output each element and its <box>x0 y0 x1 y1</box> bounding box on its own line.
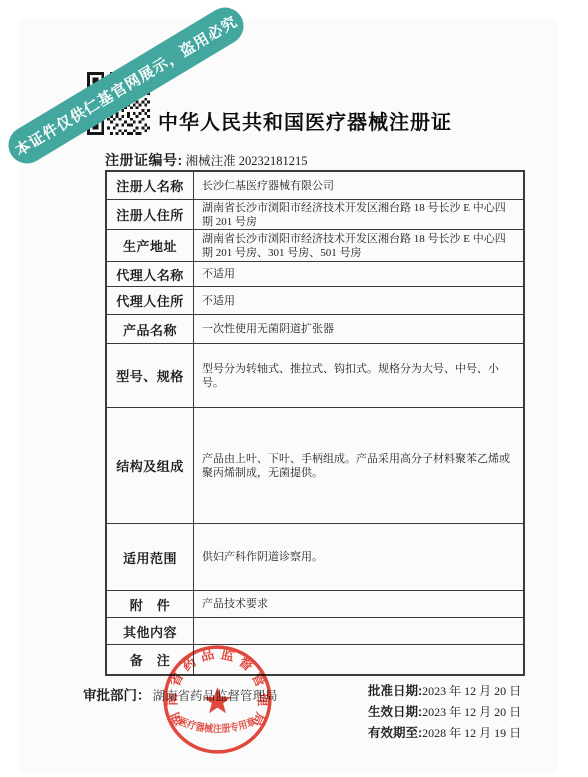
table-row: 适用范围供妇产科作阴道诊察用。 <box>107 523 523 590</box>
approval-date-value: 2023 年 12 月 20 日 <box>422 684 521 698</box>
row-value: 长沙仁基医疗器械有限公司 <box>194 172 523 199</box>
official-seal: 湖南省药品监督管理局 医疗器械注册专用章 <box>161 643 274 756</box>
table-row: 生产地址湖南省长沙市浏阳市经济技术开发区湘台路 18 号长沙 E 中心四期 20… <box>107 229 523 261</box>
row-value: 不适用 <box>194 287 523 314</box>
registration-number-line: 注册证编号:湘械注准 20232181215 <box>105 150 308 170</box>
row-label: 生产地址 <box>107 230 194 261</box>
seal-ring-text: 湖南省药品监督管理局 <box>163 645 270 729</box>
table-row: 结构及组成产品由上叶、下叶、手柄组成。产品采用高分子材料聚苯乙烯或聚丙烯制成，无… <box>107 407 523 523</box>
table-row: 代理人住所不适用 <box>107 286 523 314</box>
date-row: 批准日期:2023 年 12 月 20 日 <box>368 680 521 701</box>
date-row: 生效日期:2023 年 12 月 20 日 <box>368 701 521 722</box>
row-label: 代理人住所 <box>107 287 194 314</box>
row-label: 适用范围 <box>107 524 194 590</box>
row-label: 附 件 <box>107 591 194 617</box>
row-value: 产品技术要求 <box>194 591 523 617</box>
row-label: 结构及组成 <box>107 408 194 523</box>
certificate-title: 中华人民共和国医疗器械注册证 <box>95 106 515 135</box>
table-row: 注册人名称长沙仁基医疗器械有限公司 <box>107 172 523 199</box>
table-row: 其他内容 <box>107 617 523 644</box>
row-value: 湖南省长沙市浏阳市经济技术开发区湘台路 18 号长沙 E 中心四期 201 号房… <box>194 230 523 261</box>
row-value <box>194 618 523 644</box>
row-label: 注册人住所 <box>107 200 194 229</box>
table-row: 注册人住所湖南省长沙市浏阳市经济技术开发区湘台路 18 号长沙 E 中心四期 2… <box>107 199 523 229</box>
effective-date-value: 2023 年 12 月 20 日 <box>422 705 521 719</box>
row-value: 不适用 <box>194 262 523 286</box>
row-label: 型号、规格 <box>107 344 194 407</box>
registration-number-label: 注册证编号: <box>105 152 183 168</box>
table-row: 代理人名称不适用 <box>107 261 523 286</box>
seal-type-text: 医疗器械注册专用章 <box>177 715 258 736</box>
seal-star-icon <box>204 687 231 713</box>
expiry-date-value: 2028 年 12 月 19 日 <box>422 726 521 740</box>
row-value: 一次性使用无菌阴道扩张器 <box>194 315 523 343</box>
table-row: 型号、规格型号分为转轴式、推拉式、钩扣式。规格分为大号、中号、小号。 <box>107 343 523 407</box>
row-label: 其他内容 <box>107 618 194 644</box>
date-block: 批准日期:2023 年 12 月 20 日 生效日期:2023 年 12 月 2… <box>368 680 521 743</box>
registration-table: 注册人名称长沙仁基医疗器械有限公司 注册人住所湖南省长沙市浏阳市经济技术开发区湘… <box>105 170 525 676</box>
row-value: 供妇产科作阴道诊察用。 <box>194 524 523 590</box>
row-value: 湖南省长沙市浏阳市经济技术开发区湘台路 18 号长沙 E 中心四期 201 号房 <box>194 200 523 229</box>
table-row: 产品名称一次性使用无菌阴道扩张器 <box>107 314 523 343</box>
row-label: 产品名称 <box>107 315 194 343</box>
date-row: 有效期至:2028 年 12 月 19 日 <box>368 722 521 743</box>
effective-date-label: 生效日期: <box>368 705 422 719</box>
row-label: 注册人名称 <box>107 172 194 199</box>
row-value: 产品由上叶、下叶、手柄组成。产品采用高分子材料聚苯乙烯或聚丙烯制成，无菌提供。 <box>194 408 523 523</box>
row-value: 型号分为转轴式、推拉式、钩扣式。规格分为大号、中号、小号。 <box>194 344 523 407</box>
registration-number-value: 湘械注准 20232181215 <box>186 154 308 168</box>
svg-text:湖南省药品监督管理局: 湖南省药品监督管理局 <box>163 645 270 729</box>
row-label: 代理人名称 <box>107 262 194 286</box>
approval-date-label: 批准日期: <box>368 684 422 698</box>
approval-department-label: 审批部门： <box>83 688 151 703</box>
expiry-date-label: 有效期至: <box>368 726 422 740</box>
certificate-page: 中华人民共和国医疗器械注册证 注册证编号:湘械注准 20232181215 注册… <box>20 20 557 773</box>
svg-text:医疗器械注册专用章: 医疗器械注册专用章 <box>177 715 258 736</box>
table-row: 附 件产品技术要求 <box>107 590 523 617</box>
